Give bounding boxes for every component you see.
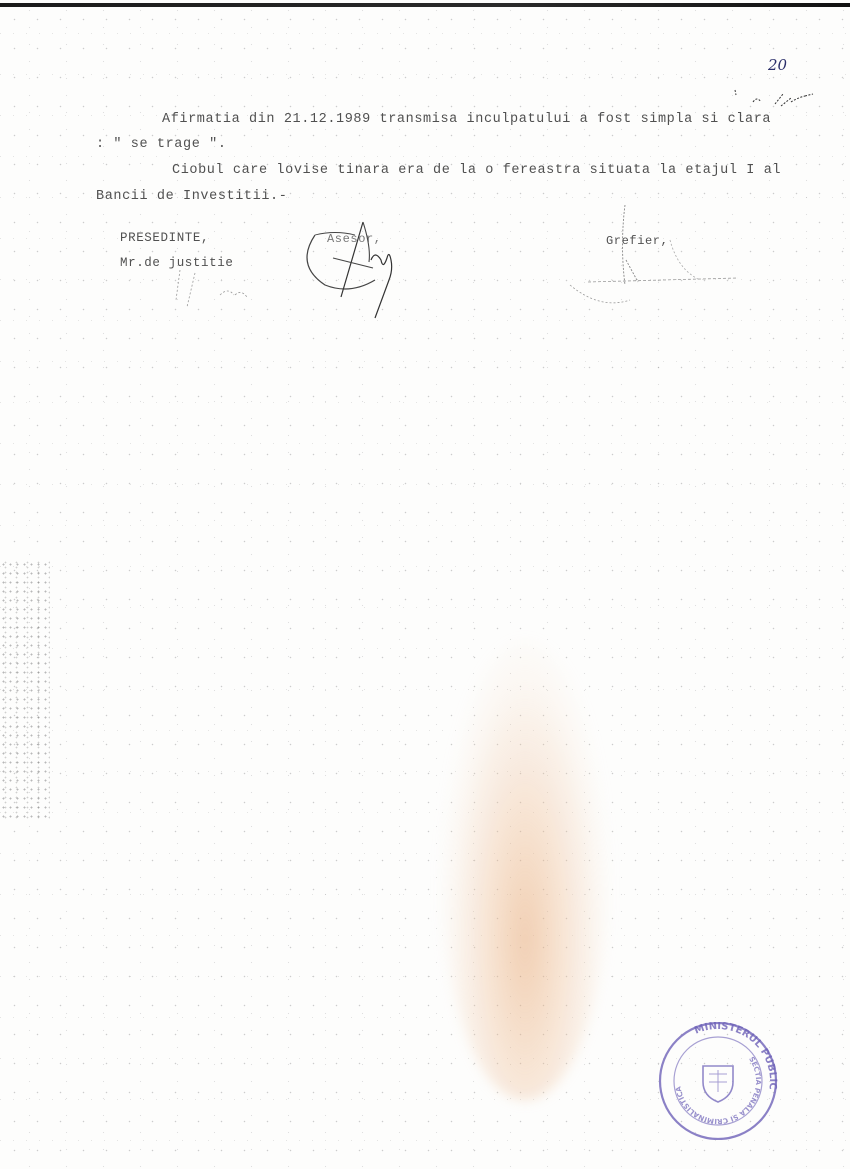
scan-top-edge: [0, 3, 850, 7]
paper-stain: [440, 640, 610, 1100]
paragraph-2-line-1: Ciobul care lovise tinara era de la o fe…: [172, 163, 781, 178]
president-subtitle: Mr.de justitie: [120, 256, 233, 270]
scanned-document-page: 20 Afirmatia din 21.12.1989 transmisa in…: [0, 0, 850, 1169]
handwritten-page-number: 20: [768, 56, 787, 74]
paragraph-2-line-2: Bancii de Investitii.-: [96, 189, 287, 204]
paragraph-1-line-1: Afirmatia din 21.12.1989 transmisa incul…: [162, 112, 771, 127]
paragraph-1-line-2: : " se trage ".: [96, 137, 227, 152]
scan-left-speckle: [0, 560, 50, 820]
president-signature: [160, 265, 260, 315]
svg-text:MINISTERUL PUBLIC: MINISTERUL PUBLIC: [693, 1022, 778, 1090]
assessor-title: Asesor,: [327, 232, 382, 246]
president-title: PRESEDINTE,: [120, 231, 209, 245]
clerk-title: Grefier,: [606, 234, 668, 248]
stamp-outer-text: MINISTERUL PUBLIC: [693, 1022, 778, 1090]
clerk-signature: [560, 200, 750, 310]
official-stamp: MINISTERUL PUBLIC SECTIA PENALA SI CRIMI…: [655, 1022, 781, 1140]
